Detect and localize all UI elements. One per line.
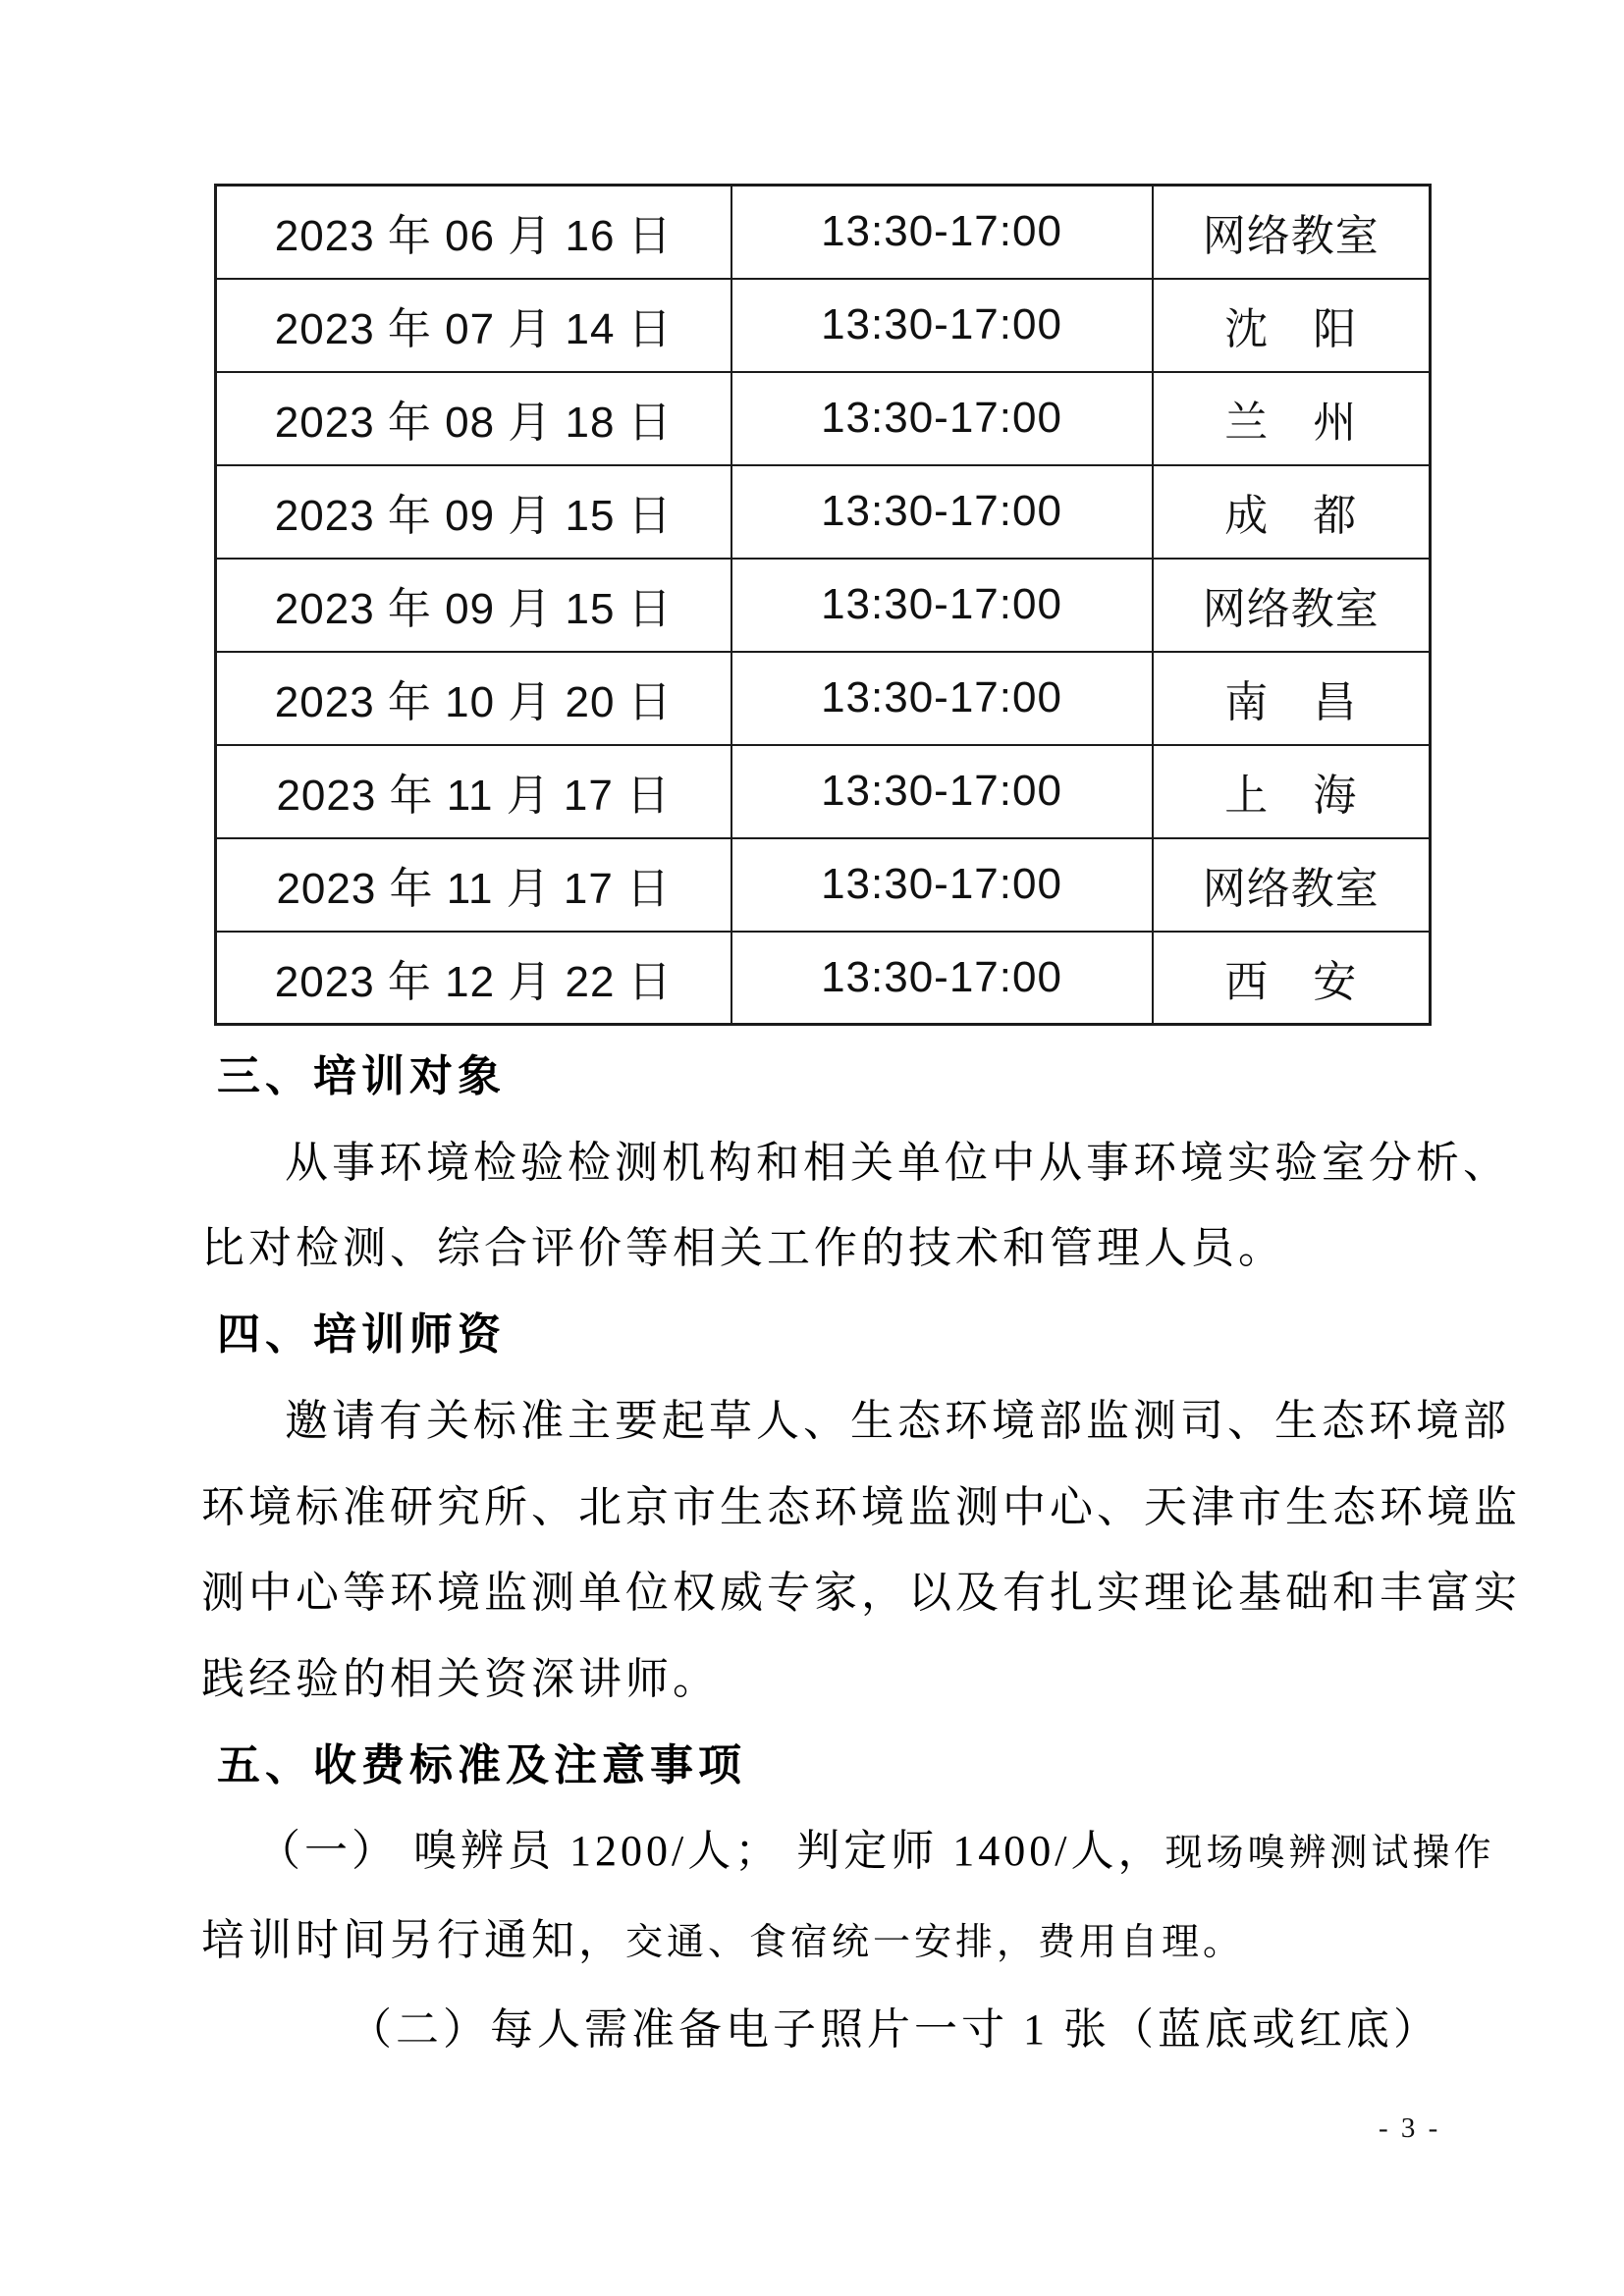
text-segment: 比对检测、综合评价等相关工作的技术和管理人员。 <box>201 1224 1285 1272</box>
paragraph-line: 比对检测、综合评价等相关工作的技术和管理人员。 <box>201 1205 1478 1292</box>
text-segment: 四、培训师资 <box>217 1310 506 1359</box>
schedule-location-cell: 西 安 <box>1153 932 1431 1025</box>
section-heading: 四、培训师资 <box>201 1292 1478 1378</box>
schedule-time-cell: 13:30-17:00 <box>731 559 1153 652</box>
schedule-time-cell: 13:30-17:00 <box>731 838 1153 932</box>
paragraph-line: 从事环境检验检测机构和相关单位中从事环境实验室分析、 <box>201 1120 1478 1206</box>
text-segment: （二）每人需准备电子照片一寸 1 张（蓝底或红底） <box>349 2005 1440 2054</box>
text-segment: 践经验的相关资深讲师。 <box>201 1655 720 1703</box>
schedule-row: 2023 年 12 月 22 日13:30-17:00西 安 <box>216 932 1431 1025</box>
schedule-time-cell: 13:30-17:00 <box>731 652 1153 745</box>
schedule-table: 2023 年 06 月 16 日13:30-17:00网络教室2023 年 07… <box>214 184 1432 1026</box>
paragraph-line: （一） 嗅辨员 1200/人； 判定师 1400/人，现场嗅辨测试操作 <box>201 1808 1478 1897</box>
schedule-table-body: 2023 年 06 月 16 日13:30-17:00网络教室2023 年 07… <box>216 186 1431 1025</box>
schedule-location-cell: 成 都 <box>1153 465 1431 559</box>
text-segment: 五、收费标准及注意事项 <box>217 1741 746 1789</box>
text-segment: 从事环境检验检测机构和相关单位中从事环境实验室分析、 <box>285 1139 1510 1187</box>
document-page: 2023 年 06 月 16 日13:30-17:00网络教室2023 年 07… <box>0 0 1624 2296</box>
schedule-date-cell: 2023 年 07 月 14 日 <box>216 279 731 372</box>
schedule-row: 2023 年 08 月 18 日13:30-17:00兰 州 <box>216 372 1431 465</box>
schedule-row: 2023 年 11 月 17 日13:30-17:00上 海 <box>216 745 1431 838</box>
schedule-location-cell: 兰 州 <box>1153 372 1431 465</box>
content-block: 三、培训对象从事环境检验检测机构和相关单位中从事环境实验室分析、比对检测、综合评… <box>201 1034 1478 2072</box>
schedule-row: 2023 年 06 月 16 日13:30-17:00网络教室 <box>216 186 1431 279</box>
schedule-time-cell: 13:30-17:00 <box>731 745 1153 838</box>
schedule-date-cell: 2023 年 12 月 22 日 <box>216 932 731 1025</box>
paragraph-line: 测中心等环境监测单位权威专家，以及有扎实理论基础和丰富实 <box>201 1550 1478 1636</box>
section-heading: 五、收费标准及注意事项 <box>201 1723 1478 1809</box>
schedule-location-cell: 网络教室 <box>1153 186 1431 279</box>
schedule-date-cell: 2023 年 11 月 17 日 <box>216 838 731 932</box>
schedule-row: 2023 年 09 月 15 日13:30-17:00网络教室 <box>216 559 1431 652</box>
schedule-time-cell: 13:30-17:00 <box>731 186 1153 279</box>
schedule-row: 2023 年 10 月 20 日13:30-17:00南 昌 <box>216 652 1431 745</box>
schedule-location-cell: 沈 阳 <box>1153 279 1431 372</box>
paragraph-line: 践经验的相关资深讲师。 <box>201 1636 1478 1723</box>
schedule-date-cell: 2023 年 06 月 16 日 <box>216 186 731 279</box>
schedule-location-cell: 网络教室 <box>1153 559 1431 652</box>
text-segment: 三、培训对象 <box>217 1052 506 1100</box>
schedule-time-cell: 13:30-17:00 <box>731 372 1153 465</box>
paragraph-line: 培训时间另行通知，交通、食宿统一安排，费用自理。 <box>201 1897 1478 1987</box>
paragraph-line: 邀请有关标准主要起草人、生态环境部监测司、生态环境部 <box>201 1378 1478 1465</box>
text-segment: 邀请有关标准主要起草人、生态环境部监测司、生态环境部 <box>285 1397 1510 1445</box>
schedule-location-cell: 网络教室 <box>1153 838 1431 932</box>
text-segment: （一） 嗅辨员 1200/人； 判定师 1400/人， <box>257 1827 1164 1875</box>
schedule-row: 2023 年 07 月 14 日13:30-17:00沈 阳 <box>216 279 1431 372</box>
schedule-location-cell: 上 海 <box>1153 745 1431 838</box>
schedule-time-cell: 13:30-17:00 <box>731 465 1153 559</box>
schedule-date-cell: 2023 年 10 月 20 日 <box>216 652 731 745</box>
schedule-time-cell: 13:30-17:00 <box>731 279 1153 372</box>
section-heading: 三、培训对象 <box>201 1034 1478 1120</box>
text-segment: 测中心等环境监测单位权威专家，以及有扎实理论基础和丰富实 <box>201 1569 1521 1617</box>
paragraph-line: 环境标准研究所、北京市生态环境监测中心、天津市生态环境监 <box>201 1465 1478 1551</box>
text-segment: 现场嗅辨测试操作 <box>1164 1833 1494 1874</box>
schedule-row: 2023 年 09 月 15 日13:30-17:00成 都 <box>216 465 1431 559</box>
page-number: - 3 - <box>1379 2112 1440 2145</box>
schedule-date-cell: 2023 年 08 月 18 日 <box>216 372 731 465</box>
text-segment: 培训时间另行通知， <box>201 1916 625 1964</box>
schedule-time-cell: 13:30-17:00 <box>731 932 1153 1025</box>
schedule-date-cell: 2023 年 11 月 17 日 <box>216 745 731 838</box>
text-segment: 交通、食宿统一安排，费用自理。 <box>625 1922 1244 1963</box>
schedule-row: 2023 年 11 月 17 日13:30-17:00网络教室 <box>216 838 1431 932</box>
paragraph-line: （二）每人需准备电子照片一寸 1 张（蓝底或红底） <box>201 1987 1478 2073</box>
schedule-location-cell: 南 昌 <box>1153 652 1431 745</box>
schedule-date-cell: 2023 年 09 月 15 日 <box>216 465 731 559</box>
schedule-date-cell: 2023 年 09 月 15 日 <box>216 559 731 652</box>
text-segment: 环境标准研究所、北京市生态环境监测中心、天津市生态环境监 <box>201 1483 1521 1531</box>
